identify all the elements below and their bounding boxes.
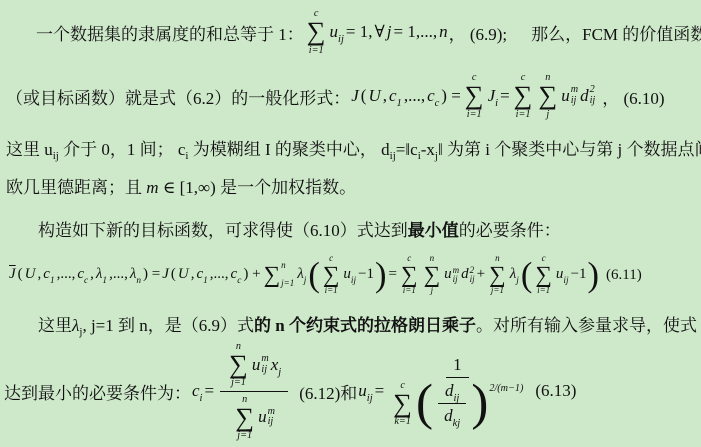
text-run: （或目标函数）就是式（6.2）的一般化形式： bbox=[6, 89, 350, 108]
math-variable: cc bbox=[77, 266, 88, 283]
equation-necessary-conditions: 达到最小的必要条件为： ci = n∑j=1umijxjn∑j=1umij (6… bbox=[4, 338, 576, 444]
math-symbol: c bbox=[427, 86, 435, 106]
math-subscript: ij bbox=[453, 275, 460, 284]
math-text: = bbox=[389, 266, 397, 283]
math-subscript: 1 bbox=[203, 276, 208, 286]
math-variable: λn bbox=[130, 266, 141, 283]
math-subscript: 1 bbox=[397, 98, 402, 109]
math-subscript: ij bbox=[268, 417, 275, 428]
math-text: −1 bbox=[571, 266, 587, 283]
summation-side-limits: ∑nj=1 bbox=[264, 261, 295, 290]
math-variable: λ1 bbox=[96, 266, 107, 283]
text-run: 是一个加权指数。 bbox=[216, 178, 356, 197]
text-run: ，是（6.9）式 bbox=[148, 316, 254, 335]
line3-text: 这里 uij 介于 0，1 间； ci 为模糊组 I 的聚类中心， dij=‖c… bbox=[6, 135, 701, 162]
sum-lower-limit: i=1 bbox=[516, 109, 531, 120]
formula-6-11: J(U,c1,...,cc,λ1,...,λn) = J(U,c1,...,cc… bbox=[8, 254, 600, 296]
math-symbol: d bbox=[445, 381, 454, 401]
math-symbol: c bbox=[389, 86, 397, 106]
math-symbol: u bbox=[252, 355, 261, 375]
line2-lead-text: （或目标函数）就是式（6.2）的一般化形式： bbox=[6, 84, 350, 109]
denominator: c∑k=1(dijdkj)2/(m−1) bbox=[390, 378, 524, 427]
math-variable: U bbox=[178, 266, 189, 283]
math-variable: c1 bbox=[43, 266, 54, 283]
numerator: n∑j=1umijxj bbox=[220, 341, 288, 391]
text-run: 为模糊组 I 的聚类中心， bbox=[188, 140, 381, 159]
math-subsup: mij bbox=[453, 266, 460, 285]
math-text: ,..., bbox=[109, 266, 128, 283]
sigma-icon: ∑ bbox=[465, 83, 484, 108]
formula-6-9: c∑i=1uij = 1, ∀j = 1,...,n bbox=[304, 8, 449, 55]
math-variable: dij bbox=[445, 381, 459, 401]
sum-lower-limit: i=1 bbox=[467, 109, 482, 120]
math-variable: n bbox=[439, 22, 448, 42]
sigma-icon: ∑ bbox=[323, 264, 340, 286]
math-subscript: i bbox=[200, 393, 203, 404]
math-subsup: 2ij bbox=[590, 85, 596, 106]
math-variable: d2ij bbox=[580, 85, 595, 106]
parenthesized-group: (dijdkj)2/(m−1) bbox=[416, 381, 523, 426]
denominator: dkj bbox=[443, 404, 461, 426]
text-run: 为第 i 个聚类中心与第 j 个数据点间的 bbox=[443, 140, 701, 159]
text-run: 构造如下新的目标函数，可求得使（6.10）式达到 bbox=[38, 221, 408, 240]
formula-6-12-tag: (6.12)和 bbox=[299, 379, 357, 404]
math-symbol: u bbox=[343, 266, 351, 283]
math-variable: umij bbox=[258, 407, 275, 428]
math-variable: umij bbox=[444, 266, 459, 285]
math-variable: J bbox=[9, 266, 16, 283]
math-text: ,..., bbox=[210, 266, 229, 283]
math-variable: c1 bbox=[389, 86, 402, 106]
summation: c∑k=1 bbox=[393, 380, 412, 427]
sigma-icon: ∑ bbox=[424, 264, 441, 286]
math-text: , bbox=[383, 86, 387, 106]
sum-lower-limit: j bbox=[546, 109, 549, 120]
text-run: 欧几里德距离；且 bbox=[6, 178, 146, 197]
summation: c∑i=1 bbox=[514, 72, 533, 119]
math-symbol: J bbox=[162, 266, 169, 283]
formula-6-9-tag: ， (6.9); bbox=[449, 20, 508, 45]
sum-lower-limit: j=1 bbox=[281, 279, 294, 289]
text-run: 那么，FCM 的价值函数 bbox=[531, 25, 701, 44]
math-subscript: ij bbox=[590, 96, 596, 107]
math-symbol: U bbox=[368, 86, 380, 106]
text-run: , j=1 bbox=[82, 316, 113, 335]
text-run: m bbox=[146, 178, 158, 197]
math-text: ∀ bbox=[374, 22, 384, 42]
math-subsup: mij bbox=[261, 354, 268, 375]
sigma-icon: ∑ bbox=[514, 83, 533, 108]
math-text: = bbox=[500, 86, 510, 106]
math-text: −1 bbox=[358, 266, 374, 283]
math-subsup: mij bbox=[571, 85, 578, 106]
line5-text: 构造如下新的目标函数，可求得使（6.10）式达到最小值的必要条件： bbox=[38, 216, 561, 241]
sigma-icon: ∑ bbox=[538, 83, 557, 108]
math-variable: uij bbox=[330, 22, 344, 42]
parenthesized-group: (c∑i=1uij −1) bbox=[521, 254, 599, 296]
math-symbol: n bbox=[439, 22, 448, 42]
sigma-icon: ∑ bbox=[235, 405, 254, 430]
text-run: 这里 bbox=[6, 140, 44, 159]
math-variable: cc bbox=[427, 86, 439, 106]
math-text: ( bbox=[171, 266, 176, 283]
math-variable: λj bbox=[297, 266, 306, 283]
math-subscript: j bbox=[304, 276, 307, 286]
math-text: 1 bbox=[453, 355, 462, 375]
math-variable: ci bbox=[192, 381, 202, 401]
math-text: ) = bbox=[441, 86, 461, 106]
text-run: u bbox=[44, 140, 53, 159]
math-variable: J bbox=[351, 86, 359, 106]
math-variable: J bbox=[162, 266, 169, 283]
sum-lower-limit: k=1 bbox=[394, 416, 411, 427]
math-subscript: ij bbox=[351, 276, 356, 286]
sum-lower-limit: i=1 bbox=[537, 286, 550, 296]
math-symbol: c bbox=[231, 266, 238, 283]
math-symbol: d bbox=[580, 86, 589, 106]
math-subscript: ij bbox=[338, 34, 344, 45]
math-variable: dkj bbox=[444, 406, 460, 426]
math-subscript: ij bbox=[367, 393, 373, 404]
math-subscript: j bbox=[278, 367, 281, 378]
math-symbol: u bbox=[561, 86, 570, 106]
math-symbol: j bbox=[387, 22, 392, 42]
math-symbol: u bbox=[258, 407, 267, 427]
summation: n∑j bbox=[538, 72, 557, 119]
math-variable: λj bbox=[510, 266, 519, 283]
math-text: + bbox=[477, 266, 485, 283]
formula-6-13: uij = 1c∑k=1(dijdkj)2/(m−1) bbox=[357, 355, 529, 427]
math-text: , bbox=[38, 266, 42, 283]
math-subsup: mij bbox=[268, 407, 275, 428]
math-variable: uij bbox=[358, 381, 372, 401]
text-run: (6.12) bbox=[299, 384, 340, 403]
math-variable: U bbox=[368, 86, 380, 106]
text-run: 。对所有输入参量求导，使式（6.10） bbox=[476, 316, 701, 335]
math-symbol: J bbox=[488, 86, 496, 106]
summation: c∑i=1 bbox=[307, 8, 326, 55]
math-variable: uij bbox=[556, 266, 569, 283]
math-variable: cc bbox=[231, 266, 242, 283]
math-symbol: u bbox=[358, 381, 367, 401]
summation: c∑i=1 bbox=[535, 254, 552, 296]
math-subscript: kj bbox=[453, 418, 461, 429]
math-symbol: c bbox=[43, 266, 50, 283]
text-run: ， bbox=[602, 89, 619, 108]
formula-6-10: J(U,c1,...,cc) = c∑i=1Ji = c∑i=1n∑jumijd… bbox=[350, 72, 596, 119]
math-symbol: J bbox=[351, 86, 359, 106]
line4-text: 欧几里德距离；且 m ∈ [1,∞) 是一个加权指数。 bbox=[6, 173, 356, 198]
paren-content: dijdkj bbox=[433, 381, 471, 426]
group-exponent: 2/(m−1) bbox=[489, 383, 523, 394]
math-variable: xj bbox=[271, 355, 281, 375]
text-run: 达到最小的必要条件为： bbox=[4, 384, 191, 403]
line7-text: 这里λj, j=1 到 n，是（6.9）式的 n 个约束式的拉格朗日乘子。对所有… bbox=[38, 311, 701, 338]
paren-content: c∑i=1uij −1 bbox=[320, 254, 375, 296]
line1-lead-text: 一个数据集的隶属度的和总等于 1： bbox=[36, 20, 304, 45]
summation: n∑j=1 bbox=[489, 254, 506, 296]
sum-lower-limit: i=1 bbox=[325, 286, 338, 296]
fraction: n∑j=1umijxjn∑j=1umij bbox=[220, 341, 288, 441]
text-run: (6.10) bbox=[619, 89, 664, 108]
parenthesized-group: (c∑i=1uij −1) bbox=[308, 254, 386, 296]
math-subscript: c bbox=[84, 276, 88, 286]
math-subscript: ij bbox=[470, 275, 475, 284]
text-run: 这里 bbox=[38, 316, 72, 335]
math-symbol: x bbox=[271, 355, 279, 375]
math-text: ( bbox=[18, 266, 23, 283]
text-run: 的必要条件： bbox=[459, 221, 561, 240]
denominator: n∑j=1umij bbox=[232, 392, 276, 441]
paragraph-membership-constraint: 一个数据集的隶属度的和总等于 1： c∑i=1uij = 1, ∀j = 1,.… bbox=[36, 4, 701, 60]
formula-6-11-tag: (6.11) bbox=[606, 267, 642, 284]
summation: c∑i=1 bbox=[401, 254, 418, 296]
text-run: -x bbox=[421, 140, 435, 159]
math-variable: umij bbox=[252, 354, 269, 375]
text-run: ∈ bbox=[159, 178, 180, 197]
math-variable: d2ij bbox=[461, 266, 475, 285]
math-subscript: n bbox=[136, 276, 141, 286]
math-symbol: U bbox=[178, 266, 189, 283]
text-run: 和 bbox=[340, 384, 357, 403]
math-text: ) + bbox=[243, 266, 260, 283]
summation: c∑i=1 bbox=[465, 72, 484, 119]
fraction: dijdkj bbox=[438, 381, 466, 426]
document-page: { "meta": { "background": "#cee8ca", "in… bbox=[0, 0, 701, 447]
math-text: = 1,..., bbox=[393, 22, 437, 42]
sigma-icon: ∑ bbox=[264, 264, 281, 286]
line8-lead-text: 达到最小的必要条件为： bbox=[4, 379, 191, 404]
paren-content: c∑i=1uij −1 bbox=[532, 254, 587, 296]
text-run: (6.13) bbox=[535, 381, 576, 400]
math-text: ,..., bbox=[404, 86, 425, 106]
math-symbol: c bbox=[192, 381, 200, 401]
summation: n∑j bbox=[424, 254, 441, 296]
math-subscript: j bbox=[516, 276, 519, 286]
math-symbol: d bbox=[461, 266, 469, 283]
summation: c∑i=1 bbox=[323, 254, 340, 296]
equation-lagrangian: J(U,c1,...,cc,λ1,...,λn) = J(U,c1,...,cc… bbox=[8, 244, 642, 306]
line1-tail-text: 那么，FCM 的价值函数 bbox=[531, 20, 701, 45]
math-text: , bbox=[191, 266, 195, 283]
numerator: 1 bbox=[446, 355, 469, 378]
sum-lower-limit: j=1 bbox=[231, 377, 246, 388]
sigma-icon: ∑ bbox=[535, 264, 552, 286]
text-run: d bbox=[381, 140, 390, 159]
numerator: dij bbox=[438, 381, 466, 404]
text-run: 到 bbox=[114, 316, 140, 335]
sum-upper-limit: n bbox=[281, 261, 294, 271]
text-run: 的 n 个约束式的拉格朗日乘子 bbox=[254, 316, 476, 335]
text-run: 介于 0，1 间； bbox=[59, 140, 178, 159]
math-subscript: c bbox=[237, 276, 241, 286]
math-text: ) = bbox=[143, 266, 160, 283]
math-variable: U bbox=[25, 266, 36, 283]
math-symbol: J bbox=[9, 266, 16, 283]
math-text: = bbox=[204, 381, 214, 401]
formula-6-10-tag: ， (6.10) bbox=[602, 84, 664, 109]
math-variable: Ji bbox=[488, 86, 498, 106]
math-text: , bbox=[90, 266, 94, 283]
math-text: ( bbox=[361, 86, 367, 106]
math-subscript: 1 bbox=[102, 276, 107, 286]
math-text: = 1, bbox=[346, 22, 373, 42]
text-run: ， bbox=[449, 25, 466, 44]
math-subscript: ij bbox=[571, 96, 578, 107]
math-subscript: ij bbox=[261, 365, 268, 376]
sum-lower-limit: j=1 bbox=[237, 430, 252, 441]
formula-6-13-tag: (6.13) bbox=[535, 381, 576, 401]
sum-lower-limit: i=1 bbox=[403, 286, 416, 296]
text-run: =‖c bbox=[396, 140, 418, 159]
math-subscript: 1 bbox=[50, 276, 55, 286]
math-variable: umij bbox=[561, 85, 578, 106]
math-symbol: c bbox=[77, 266, 84, 283]
summation: n∑j=1 bbox=[229, 341, 248, 388]
sigma-icon: ∑ bbox=[401, 264, 418, 286]
sum-lower-limit: i=1 bbox=[309, 45, 324, 56]
math-symbol: U bbox=[25, 266, 36, 283]
text-run: 一个数据集的隶属度的和总等于 1： bbox=[36, 25, 304, 44]
sigma-icon: ∑ bbox=[489, 264, 506, 286]
paragraph-euclidean-distance: 欧几里德距离；且 m ∈ [1,∞) 是一个加权指数。 bbox=[6, 170, 356, 200]
sum-lower-limit: j bbox=[431, 286, 434, 296]
sigma-icon: ∑ bbox=[393, 391, 412, 416]
text-run: [1,∞) bbox=[180, 178, 216, 197]
paragraph-definitions: 这里 uij 介于 0，1 间； ci 为模糊组 I 的聚类中心， dij=‖c… bbox=[6, 134, 701, 162]
math-variable: c1 bbox=[196, 266, 207, 283]
text-run: n bbox=[139, 316, 148, 335]
sigma-icon: ∑ bbox=[307, 19, 326, 44]
math-variable: j bbox=[387, 22, 392, 42]
math-symbol: u bbox=[444, 266, 452, 283]
paragraph-lagrange-multipliers: 这里λj, j=1 到 n，是（6.9）式的 n 个约束式的拉格朗日乘子。对所有… bbox=[38, 310, 701, 338]
math-symbol: u bbox=[556, 266, 564, 283]
math-symbol: d bbox=[444, 406, 453, 426]
math-subscript: c bbox=[435, 98, 440, 109]
math-subsup: 2ij bbox=[470, 266, 475, 285]
formula-6-12: ci = n∑j=1umijxjn∑j=1umij bbox=[191, 341, 293, 441]
math-text: ,..., bbox=[57, 266, 76, 283]
math-text: = bbox=[375, 381, 385, 401]
math-subscript: ij bbox=[454, 393, 460, 404]
text-run: 最小值 bbox=[408, 221, 459, 240]
math-variable: uij bbox=[343, 266, 356, 283]
paragraph-new-objective: 构造如下新的目标函数，可求得使（6.10）式达到最小值的必要条件： bbox=[38, 214, 561, 242]
sum-lower-limit: j=1 bbox=[491, 286, 504, 296]
text-run: (6.9); bbox=[466, 25, 508, 44]
sigma-icon: ∑ bbox=[229, 352, 248, 377]
math-subscript: ij bbox=[563, 276, 568, 286]
math-subscript: i bbox=[495, 98, 498, 109]
summation: n∑j=1 bbox=[235, 394, 254, 441]
paragraph-cost-function: （或目标函数）就是式（6.2）的一般化形式： J(U,c1,...,cc) = … bbox=[6, 68, 665, 124]
fraction: 1c∑k=1(dijdkj)2/(m−1) bbox=[390, 355, 524, 427]
sum-limits: nj=1 bbox=[281, 261, 294, 290]
math-symbol: u bbox=[330, 22, 339, 42]
text-run: (6.11) bbox=[606, 267, 642, 283]
math-symbol: c bbox=[196, 266, 203, 283]
